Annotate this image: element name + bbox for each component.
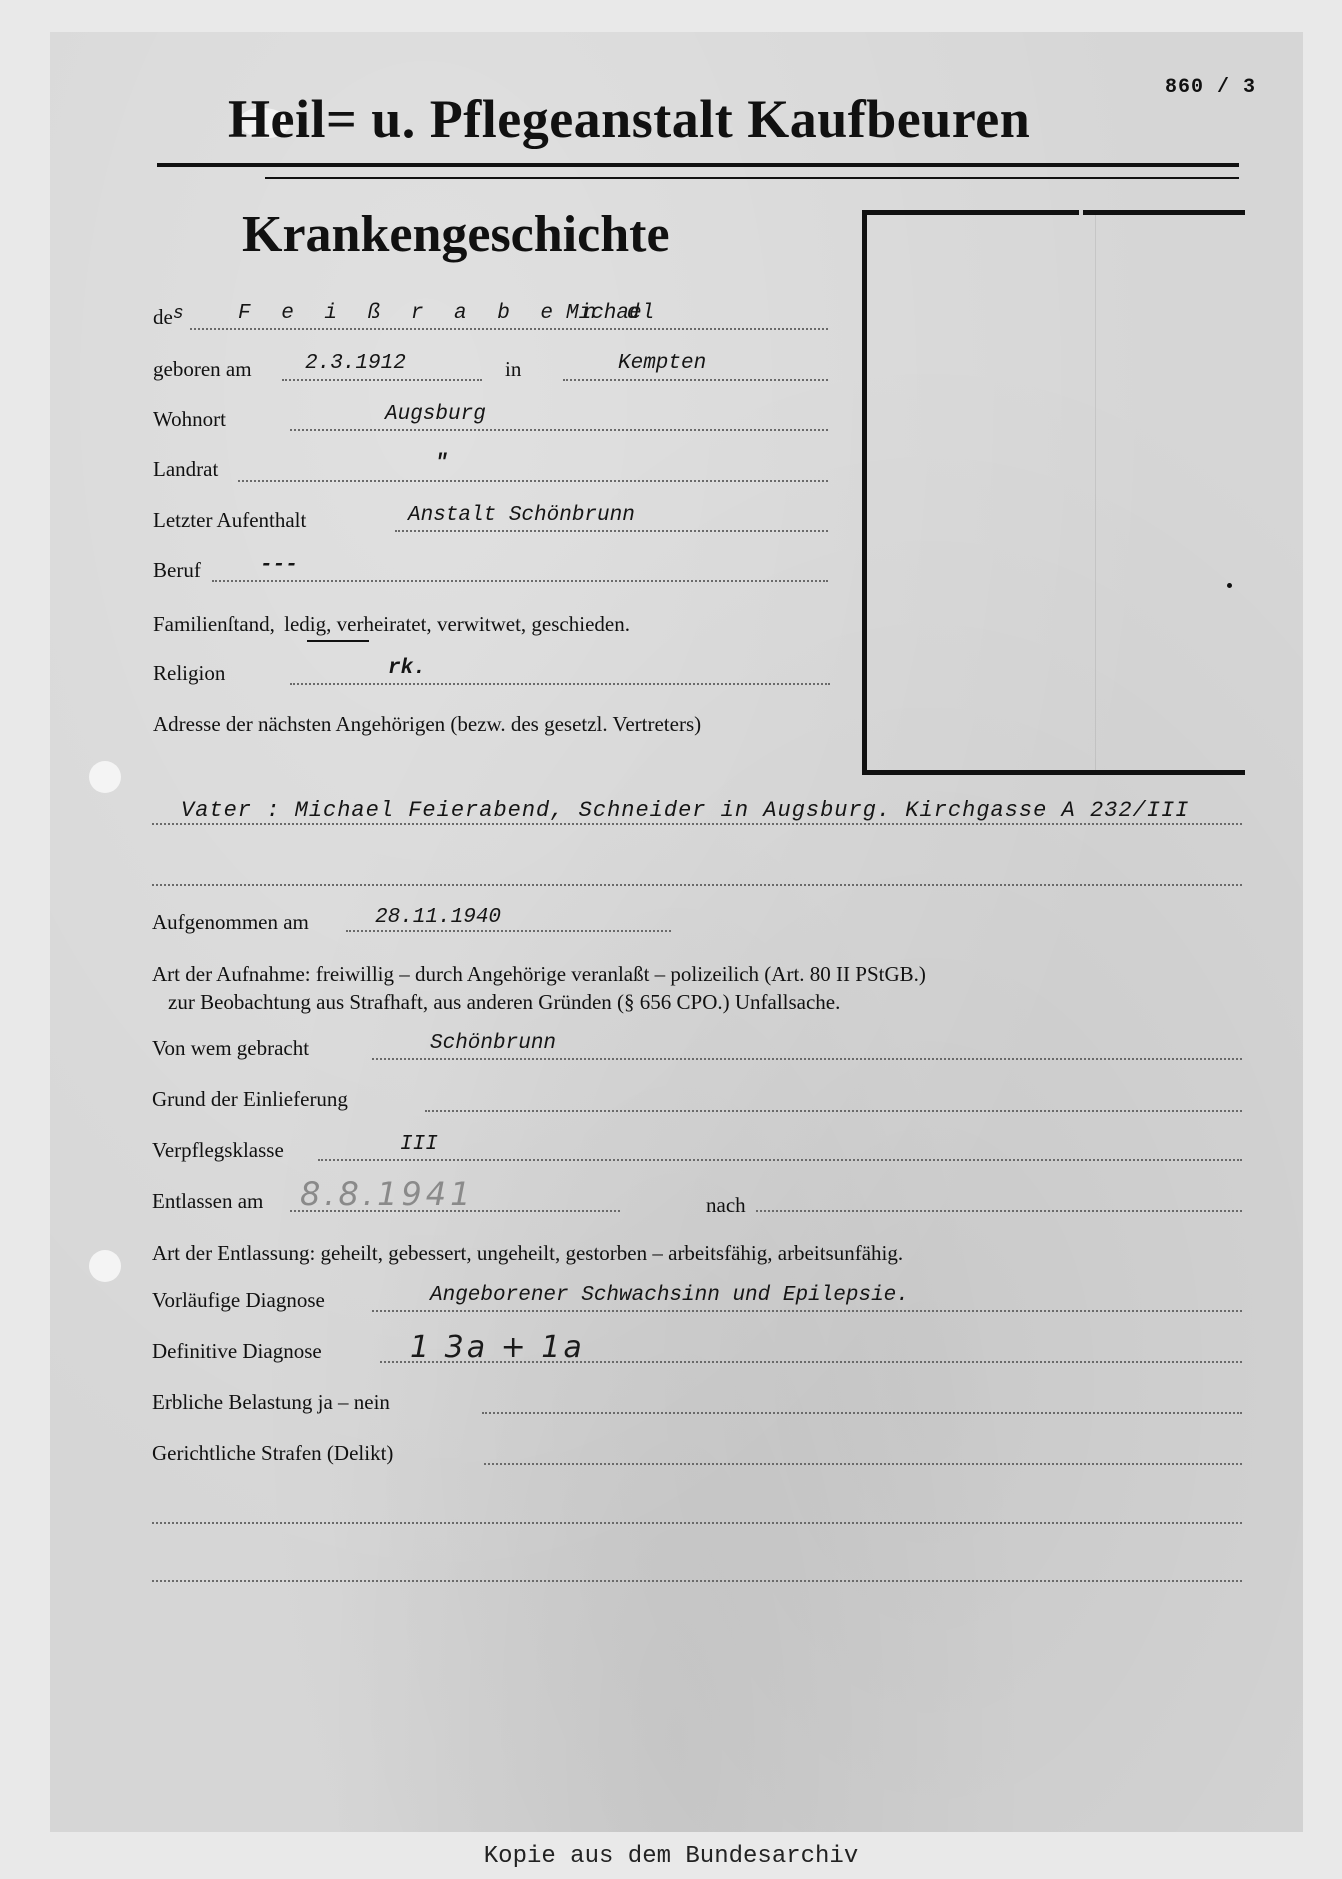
birth-place-label: in — [505, 357, 521, 382]
next-of-kin-line-2 — [152, 884, 1242, 886]
marital-option-verheiratet: verheiratet, — [337, 612, 432, 636]
next-of-kin-label: Adresse der nächsten Angehörigen (bezw. … — [153, 712, 701, 737]
name-label: des — [153, 305, 184, 330]
provisional-diagnosis-value: Angeborener Schwachsinn und Epilepsie. — [430, 1284, 909, 1307]
discharge-type-label: Art der Entlassung: geheilt, gebessert, … — [152, 1241, 903, 1266]
reason-line — [425, 1110, 1242, 1112]
marital-status-row: Familienſtand, ledig, verheiratet, verwi… — [153, 612, 630, 637]
discharged-label: Entlassen am — [152, 1189, 263, 1214]
reason-label: Grund der Einlieferung — [152, 1087, 348, 1112]
religion-value: rk. — [388, 657, 426, 680]
religion-line — [290, 683, 830, 685]
discharged-date: 8.8.1941 — [300, 1175, 475, 1213]
district-label: Landrat — [153, 457, 218, 482]
birth-place-line — [563, 379, 828, 381]
marital-option-verwitwet: verwitwet, — [437, 612, 526, 636]
header-rule-thin — [265, 177, 1239, 179]
provisional-diagnosis-label: Vorläufige Diagnose — [152, 1288, 325, 1313]
care-class-value: III — [400, 1133, 438, 1156]
brought-by-value: Schönbrunn — [430, 1032, 556, 1055]
brought-by-label: Von wem gebracht — [152, 1036, 309, 1061]
photo-box — [862, 210, 1245, 775]
given-name-value: Michael — [566, 302, 654, 325]
form-title: Krankengeschichte — [242, 205, 670, 264]
definitive-diagnosis-label: Definitive Diagnose — [152, 1339, 322, 1364]
marital-option-ledig: ledig, — [284, 612, 331, 636]
admission-type-line-1: Art der Aufnahme: freiwillig – durch Ang… — [152, 962, 926, 987]
punch-hole-lower — [89, 1250, 121, 1282]
occupation-value: --- — [260, 554, 298, 577]
punch-hole-upper — [89, 761, 121, 793]
district-value: " — [435, 452, 448, 475]
birth-date-label: geboren am — [153, 357, 252, 382]
district-line — [238, 480, 828, 482]
hereditary-label: Erbliche Belastung ja – nein — [152, 1390, 390, 1415]
archive-note: Kopie aus dem Bundesarchiv — [0, 1843, 1342, 1870]
admitted-date: 28.11.1940 — [375, 906, 501, 929]
occupation-line — [212, 580, 828, 582]
blank-line-1 — [152, 1522, 1242, 1524]
birth-date-value: 2.3.1912 — [305, 352, 406, 375]
birth-date-line — [282, 379, 482, 381]
residence-value: Augsburg — [385, 403, 486, 426]
ledig-underline — [307, 640, 369, 642]
institution-title: Heil= u. Pflegeanstalt Kaufbeuren — [228, 88, 1030, 150]
criminal-record-line — [484, 1463, 1242, 1465]
last-stay-value: Anstalt Schönbrunn — [408, 504, 635, 527]
ink-dot — [1227, 583, 1232, 588]
header-rule-thick — [157, 163, 1239, 167]
blank-line-2 — [152, 1580, 1242, 1582]
hereditary-line — [482, 1412, 1242, 1414]
brought-by-line — [372, 1058, 1242, 1060]
discharged-to-label: nach — [706, 1193, 746, 1218]
admitted-label: Aufgenommen am — [152, 910, 309, 935]
residence-line — [290, 429, 828, 431]
occupation-label: Beruf — [153, 558, 201, 583]
last-stay-line — [395, 530, 828, 532]
photo-box-gap — [1079, 209, 1083, 216]
next-of-kin-value: Vater : Michael Feierabend, Schneider in… — [181, 798, 1189, 823]
birth-place-value: Kempten — [618, 352, 706, 375]
residence-label: Wohnort — [153, 407, 226, 432]
name-line — [190, 328, 828, 330]
marital-option-geschieden: geschieden. — [531, 612, 630, 636]
paper-fold — [1095, 215, 1096, 770]
last-stay-label: Letzter Aufenthalt — [153, 508, 306, 533]
criminal-record-label: Gerichtliche Strafen (Delikt) — [152, 1441, 393, 1466]
provisional-diagnosis-line — [372, 1310, 1242, 1312]
discharged-to-line — [756, 1210, 1242, 1212]
admitted-line — [346, 930, 671, 932]
admission-type-line-2: zur Beobachtung aus Strafhaft, aus ander… — [168, 990, 840, 1015]
care-class-label: Verpflegsklasse — [152, 1138, 284, 1163]
document-number: 860 / 3 — [1165, 76, 1256, 99]
definitive-diagnosis-value: 1 3a + 1a — [410, 1330, 585, 1365]
care-class-line — [318, 1159, 1242, 1161]
marital-status-label: Familienſtand, — [153, 612, 275, 636]
religion-label: Religion — [153, 661, 225, 686]
next-of-kin-line-1 — [152, 823, 1242, 825]
